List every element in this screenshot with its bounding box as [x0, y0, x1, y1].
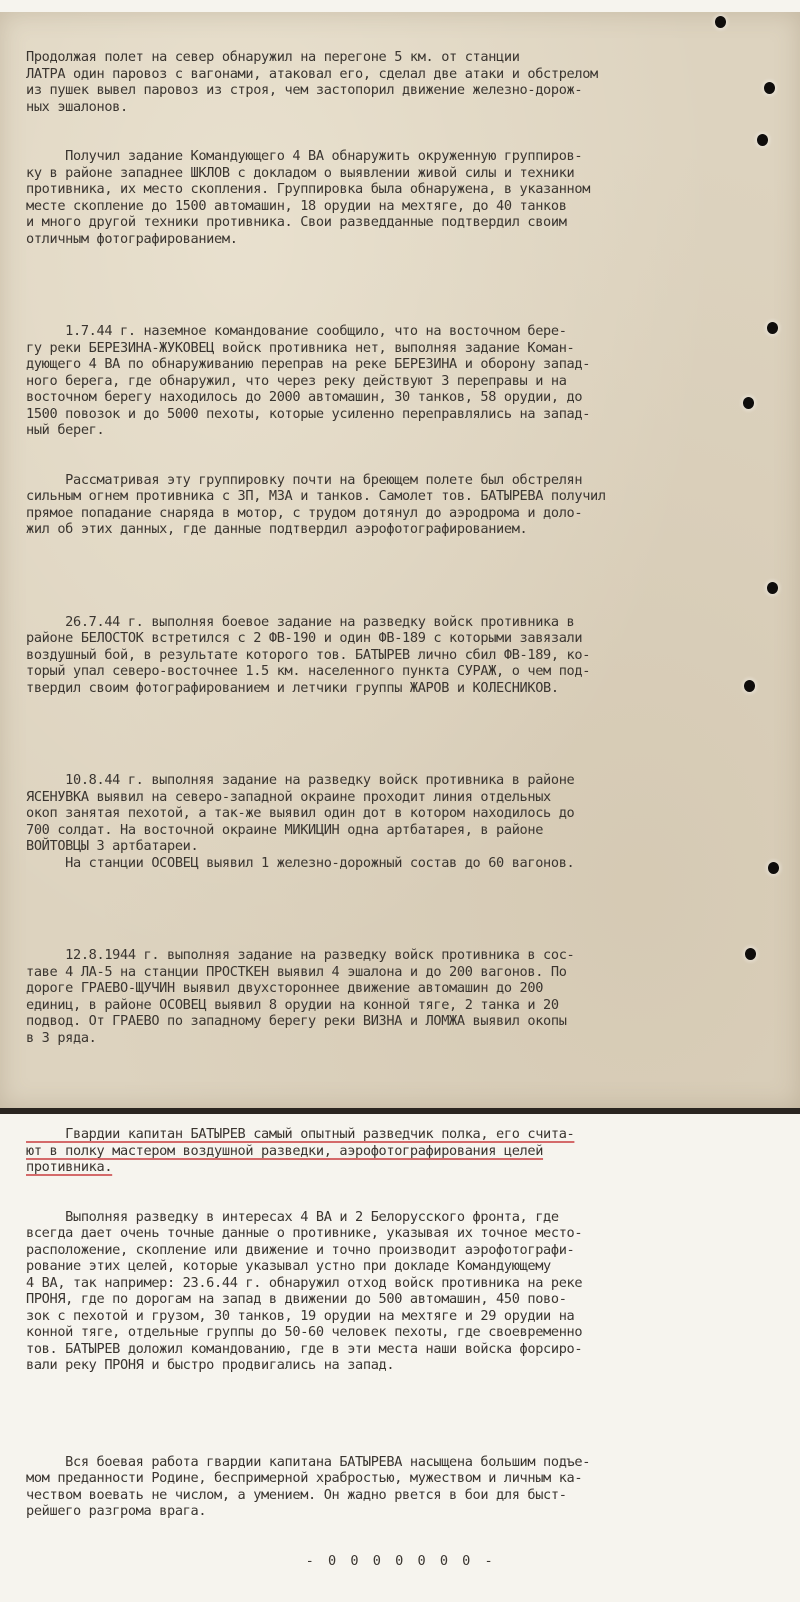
paragraph-shklov-group: Получил задание Командующего 4 ВА обнару…	[26, 148, 726, 247]
text-line: окоп занятая пехотой, а так-же выявил од…	[26, 805, 726, 822]
text-line: ный берег.	[26, 422, 726, 439]
paragraph-locomotive-attack: Продолжая полет на север обнаружил на пе…	[26, 49, 726, 115]
punch-hole	[767, 322, 778, 334]
text-line: сильным огнем противника с ЗП, МЗА и тан…	[26, 488, 726, 505]
text-line: 26.7.44 г. выполняя боевое задание на ра…	[26, 614, 726, 631]
text-line: из пушек вывел паровоз из строя, чем зас…	[26, 82, 726, 99]
text-line: прямое попадание снаряда в мотор, с труд…	[26, 505, 726, 522]
punch-hole	[744, 680, 755, 692]
text-line: в 3 ряда.	[26, 1030, 726, 1047]
paragraph-aircraft-hit: Рассматривая эту группировку почти на бр…	[26, 472, 726, 538]
text-line: единиц, в районе ОСОВЕЦ выявил 8 орудии …	[26, 997, 726, 1014]
punch-hole	[743, 397, 754, 409]
paragraph-prostken: 12.8.1944 г. выполняя задание на разведк…	[26, 947, 726, 1046]
punch-hole	[745, 948, 756, 960]
text-line: восточном берегу находилось до 2000 авто…	[26, 389, 726, 406]
text-line: противника, их место скопления. Группиро…	[26, 181, 726, 198]
text-line: 10.8.44 г. выполняя задание на разведку …	[26, 772, 726, 789]
text-line: ВОЙТОВЦЫ 3 артбатареи.	[26, 838, 726, 855]
text-line: ных эшалонов.	[26, 99, 726, 116]
punch-hole	[768, 862, 779, 874]
text-line: таве 4 ЛА-5 на станции ПРОСТКЕН выявил 4…	[26, 964, 726, 981]
text-line: 1500 повозок и до 5000 пехоты, которые у…	[26, 406, 726, 423]
text-line: Рассматривая эту группировку почти на бр…	[26, 472, 726, 489]
text-line: жил об этих данных, где данные подтверди…	[26, 521, 726, 538]
paragraph-bialystok-air-battle: 26.7.44 г. выполняя боевое задание на ра…	[26, 614, 726, 697]
text-line: гу реки БЕРЕЗИНА-ЖУКОВЕЦ войск противник…	[26, 340, 726, 357]
text-line: торый упал северо-восточнее 1.5 км. насе…	[26, 663, 726, 680]
text-line: отличным фотографированием.	[26, 231, 726, 248]
text-line: воздушный бой, в результате которого тов…	[26, 647, 726, 664]
text-line: 12.8.1944 г. выполняя задание на разведк…	[26, 947, 726, 964]
punch-hole	[715, 16, 726, 28]
text-line: ку в районе западнее ШКЛОВ с докладом о …	[26, 165, 726, 182]
text-line: дороге ГРАЕВО-ЩУЧИН выявил двухстороннее…	[26, 980, 726, 997]
paragraph-yasenuvka: 10.8.44 г. выполняя задание на разведку …	[26, 772, 726, 871]
text-line: 1.7.44 г. наземное командование сообщило…	[26, 323, 726, 340]
text-line: и много другой техники противника. Свои …	[26, 214, 726, 231]
punch-hole	[764, 82, 775, 94]
text-line: ного берега, где обнаружил, что через ре…	[26, 373, 726, 390]
scan-edge	[0, 1108, 800, 1114]
text-line: Продолжая полет на север обнаружил на пе…	[26, 49, 726, 66]
text-line: подвод. От ГРАЕВО по западному берегу ре…	[26, 1013, 726, 1030]
text-line: ЯСЕНУВКА выявил на северо-западной окраи…	[26, 789, 726, 806]
punch-hole	[767, 582, 778, 594]
text-line: твердил своим фотографированием и летчик…	[26, 680, 726, 697]
typewritten-text: Продолжая полет на север обнаружил на пе…	[26, 16, 726, 1114]
paragraph-berezina: 1.7.44 г. наземное командование сообщило…	[26, 323, 726, 439]
document-page: Продолжая полет на север обнаружил на пе…	[0, 12, 800, 1108]
text-line: месте скопление до 1500 автомашин, 18 ор…	[26, 198, 726, 215]
text-line: Получил задание Командующего 4 ВА обнару…	[26, 148, 726, 165]
text-line: На станции ОСОВЕЦ выявил 1 железно-дорож…	[26, 855, 726, 872]
text-line: 700 солдат. На восточной окраине МИКИЦИН…	[26, 822, 726, 839]
text-line: ЛАТРА один паровоз с вагонами, атаковал …	[26, 66, 726, 83]
punch-hole	[757, 134, 768, 146]
text-line: дующего 4 ВА по обнаруживанию переправ н…	[26, 356, 726, 373]
text-line: районе БЕЛОСТОК встретился с 2 ФВ-190 и …	[26, 630, 726, 647]
